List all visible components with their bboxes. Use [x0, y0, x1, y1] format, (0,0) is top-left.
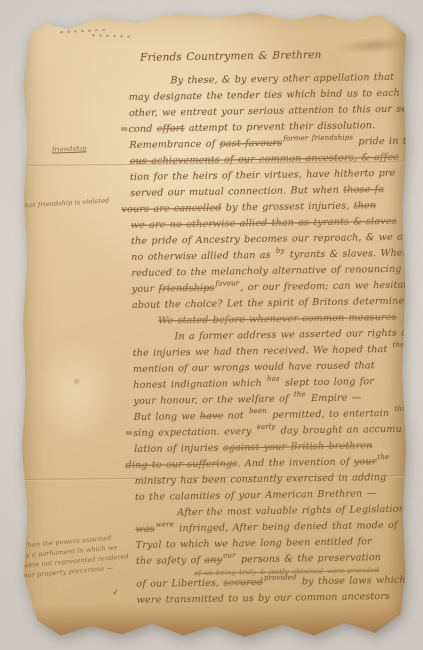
struck-text: have [200, 411, 224, 422]
handwritten-text: =cond [120, 124, 157, 136]
handwritten-text: persons & the preservation [237, 552, 381, 565]
handwritten-text-block: Friends Countrymen & Brethren By these, … [128, 47, 423, 611]
handwritten-text: permitted, to entertain [268, 408, 394, 421]
check-mark: ✓ [111, 588, 120, 599]
struck-text: We stated before whenever common measure… [158, 312, 397, 327]
inserted-text: the [377, 453, 389, 461]
struck-text: past favours [220, 138, 283, 150]
manuscript-paper: L Friends Countrymen & Brethren By these… [22, 8, 406, 638]
handwritten-text: infringed, After being denied that mode … [175, 520, 398, 534]
inserted-text: this [394, 405, 408, 413]
struck-text: was [135, 524, 154, 535]
struck-text: any [204, 555, 222, 566]
struck-text: effort [157, 123, 185, 134]
handwritten-text: But long we [134, 411, 200, 423]
handwritten-text: honest indignation which [133, 378, 266, 391]
handwritten-text: slept too long for [281, 376, 374, 388]
struck-text: ding to our sufferings [125, 458, 237, 471]
struck-text: those fa [343, 184, 384, 196]
margin-note-friendship: friendship [52, 143, 87, 154]
left-light-stain [36, 338, 116, 448]
struck-text: friendships [158, 283, 214, 295]
handwritten-text: pride in the glori [354, 135, 423, 147]
handwritten-text: , or our freedom; can we hesitate [240, 280, 413, 294]
handwritten-text: Tryal to which we have long been entitle… [136, 536, 372, 551]
corner-letter-mark: L [29, 19, 33, 28]
handwritten-text: Remembrance of [129, 139, 219, 151]
inserted-text: provided [264, 573, 297, 582]
handwritten-text: . And the invention of [237, 457, 354, 470]
handwritten-text: After the most valuable rights of Legisl… [177, 504, 405, 519]
inserted-text: has [267, 375, 280, 383]
struck-text: vours are cancelled [121, 203, 221, 216]
margin-note-friendship-violated: that friendship is violated [22, 195, 110, 210]
handwritten-text: plea [409, 407, 423, 418]
handwritten-text: By these, & by every other appellation t… [170, 72, 394, 87]
handwritten-text: not [223, 410, 248, 421]
ink-spot [72, 378, 81, 385]
struck-text: your [354, 456, 377, 467]
handwritten-text: your [132, 284, 159, 295]
inserted-text: former friendships [283, 133, 353, 142]
handwritten-text: day brought an accumu [276, 424, 402, 437]
manuscript-line: were transmitted to us by our common anc… [137, 590, 423, 611]
handwritten-text: no otherwise allied than as [131, 250, 275, 263]
handwritten-text: of our Liberties, [136, 578, 223, 590]
handwritten-text: =sing expectation. every [125, 426, 256, 439]
paper-shadow-wrap: L Friends Countrymen & Brethren By these… [0, 0, 423, 650]
pencil-scribble [92, 34, 132, 37]
photograph-background: L Friends Countrymen & Brethren By these… [0, 0, 423, 650]
handwritten-text: by those laws which — [298, 574, 420, 587]
struck-text: against your British brethren [223, 440, 373, 453]
inserted-text: the [294, 390, 306, 398]
struck-text: then [354, 200, 377, 211]
pencil-scribble [60, 29, 106, 33]
inserted-text: early [257, 423, 276, 431]
manuscript-body: By these, & by every other appellation t… [128, 71, 423, 611]
inserted-text: been [249, 407, 267, 415]
struck-text: secured [223, 577, 263, 589]
inserted-text: by [276, 247, 285, 255]
handwritten-text: attempt to prevent their dissolution. [184, 120, 375, 134]
margin-note-powers-assumed: When the powers assumed by a parliament … [20, 531, 130, 580]
inserted-text: our [223, 551, 236, 559]
handwritten-text: the safety of [136, 555, 205, 567]
inserted-text: favour [215, 279, 239, 287]
inserted-text: were [156, 520, 174, 528]
handwritten-text: Empire — [307, 392, 362, 404]
inserted-text: the [393, 341, 405, 349]
handwritten-text: served our mutual connection. But when [130, 185, 343, 199]
handwritten-text: tyrants & slaves. When [286, 248, 410, 261]
handwritten-text: your honour, or the welfare of [133, 393, 293, 407]
handwritten-text: by the grossest injuries, [221, 200, 353, 213]
handwritten-text: lation of injuries [134, 443, 223, 455]
